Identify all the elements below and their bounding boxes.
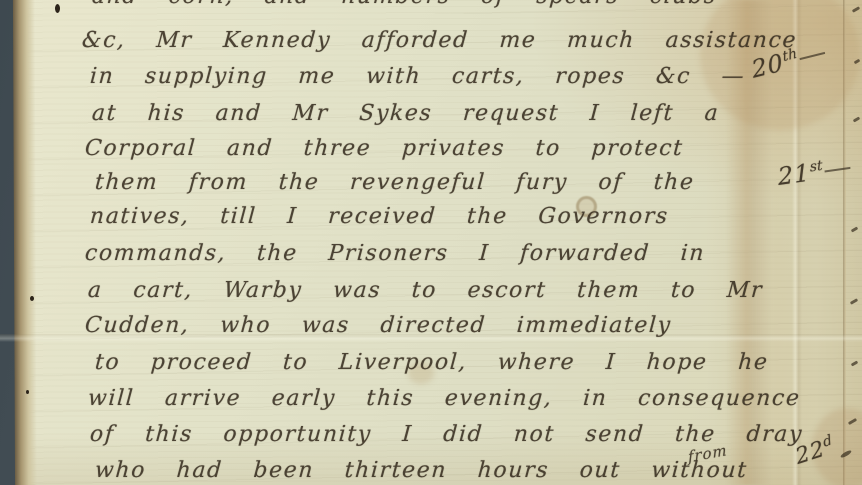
manuscript-line: who had been thirteen hours out without: [94, 458, 748, 483]
margin-date-ordinal: th: [781, 46, 798, 65]
manuscript-line: &c, Mr Kennedy afforded me much assistan…: [81, 28, 798, 53]
manuscript-line: and corn, and numbers of spears clubs: [91, 0, 718, 9]
edge-speck: [30, 296, 34, 301]
manuscript-line: them from the revengeful fury of the: [94, 170, 695, 195]
manuscript-line: a cart, Warby was to escort them to Mr: [87, 278, 764, 303]
edge-speck: [55, 4, 60, 13]
margin-date-ordinal: st: [809, 158, 823, 176]
manuscript-line: commands, the Prisoners I forwarded in: [84, 241, 706, 266]
manuscript-line: to proceed to Liverpool, where I hope he: [94, 350, 769, 375]
photograph-of-manuscript: and corn, and numbers of spears clubs &c…: [0, 0, 862, 485]
edge-speck: [26, 390, 29, 394]
paper-torn-edge: [13, 0, 37, 485]
manuscript-line: natives, till I received the Governors: [89, 204, 670, 229]
flourish-dash: [825, 167, 851, 173]
manuscript-line: Cudden, who was directed immediately: [84, 313, 672, 338]
flourish-dash: [800, 52, 826, 60]
manuscript-line: of this opportunity I did not send the d…: [89, 422, 804, 447]
margin-date-day: 21: [777, 158, 811, 191]
manuscript-line: at his and Mr Sykes request I left a: [91, 101, 720, 126]
manuscript-line: will arrive early this evening, in conse…: [87, 386, 801, 411]
manuscript-line: in supplying me with carts, ropes &c —: [89, 64, 746, 89]
manuscript-line: Corporal and three privates to protect: [84, 136, 684, 161]
